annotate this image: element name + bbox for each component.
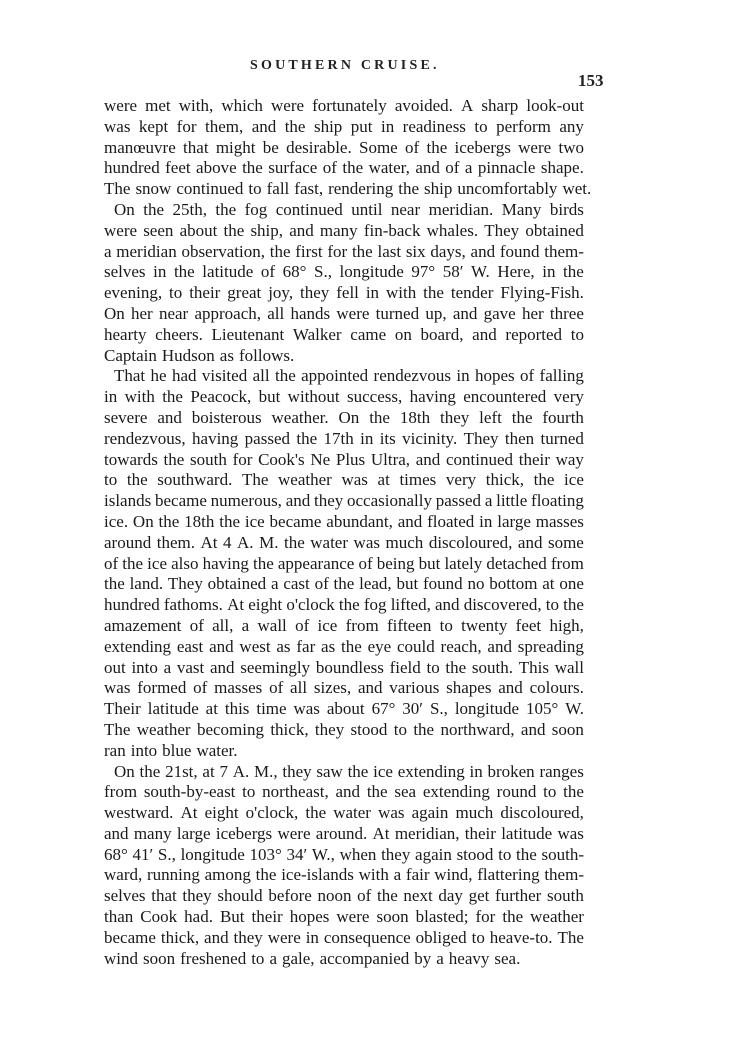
- text-line: westward.Ateighto'clock,thewaterwasagain…: [104, 803, 584, 824]
- text-line: severeandboisterousweather.Onthe18ththey…: [104, 408, 584, 429]
- text-line: inwiththePeacock,butwithoutsuccess,havin…: [104, 387, 584, 408]
- text-line: Theweatherbecomingthick,theystoodtotheno…: [104, 720, 584, 741]
- text-line: outintoavastandseeminglyboundlessfieldto…: [104, 658, 584, 679]
- text-line: tothesouthward.Theweatherwasattimesveryt…: [104, 470, 584, 491]
- text-line: weremetwith,whichwerefortunatelyavoided.…: [104, 96, 584, 117]
- text-line: selvesinthelatitudeof68°S.,longitude97°5…: [104, 262, 584, 283]
- text-line: oftheicealsohavingtheappearanceofbeingbu…: [104, 554, 584, 575]
- text-line: amazementofall,awalloficefromfifteentotw…: [104, 616, 584, 637]
- paragraph: Onthe21st,at7A.M.,theysawtheiceextending…: [104, 762, 584, 970]
- text-line: hundredfathoms.Ateighto'clockthefoglifte…: [104, 595, 584, 616]
- text-line: heartycheers.LieutenantWalkercameonboard…: [104, 325, 584, 346]
- text-line: waskeptforthem,andtheshipputinreadinesst…: [104, 117, 584, 138]
- text-line: rendezvous,havingpassedthe17thinitsvicin…: [104, 429, 584, 450]
- text-line: extendingeastandwestasfarastheeyecouldre…: [104, 637, 584, 658]
- text-line: evening,totheirgreatjoy,theyfellinwithth…: [104, 283, 584, 304]
- text-line: Thathehadvisitedalltheappointedrendezvou…: [104, 366, 584, 387]
- text-line: Theirlatitudeatthistimewasabout67°30′S.,…: [104, 699, 584, 720]
- book-page: SOUTHERN CRUISE. 153 weremetwith,whichwe…: [0, 0, 750, 1050]
- text-line: theland.Theyobtainedacastofthelead,butfo…: [104, 574, 584, 595]
- paragraph: Onthe25th,thefogcontinueduntilnearmeridi…: [104, 200, 584, 366]
- text-line: andmanylargeicebergswerearound.Atmeridia…: [104, 824, 584, 845]
- text-line: selvesthattheyshouldbeforenoonofthenextd…: [104, 886, 584, 907]
- text-line: CaptainHudsonasfollows.: [104, 346, 584, 367]
- page-number: 153: [578, 71, 604, 91]
- text-line: manœuvrethatmightbedesirable.Someoftheic…: [104, 138, 584, 159]
- text-line: 68°41′S.,longitude103°34′W.,whentheyagai…: [104, 845, 584, 866]
- text-line: aroundthem.At4A.M.thewaterwasmuchdiscolo…: [104, 533, 584, 554]
- text-line: windsoonfreshenedtoagale,accompaniedbyah…: [104, 949, 584, 970]
- text-line: ward,runningamongtheice-islandswithafair…: [104, 865, 584, 886]
- text-line: Onthe21st,at7A.M.,theysawtheiceextending…: [104, 762, 584, 783]
- paragraph: weremetwith,whichwerefortunatelyavoided.…: [104, 96, 584, 200]
- text-line: islandsbecamenumerous,andtheyoccasionall…: [104, 491, 584, 512]
- text-line: wereseenabouttheship,andmanyfin-backwhal…: [104, 221, 584, 242]
- text-line: Onhernearapproach,allhandswereturnedup,a…: [104, 304, 584, 325]
- text-line: Thesnowcontinuedtofallfast,renderingthes…: [104, 179, 584, 200]
- text-line: ameridianobservation,thefirstforthelasts…: [104, 242, 584, 263]
- running-title: SOUTHERN CRUISE.: [250, 58, 440, 74]
- text-line: hundredfeetabovethesurfaceofthewater,and…: [104, 158, 584, 179]
- text-line: thanCookhad.Buttheirhopesweresoonblasted…: [104, 907, 584, 928]
- text-line: becamethick,andtheywereinconsequenceobli…: [104, 928, 584, 949]
- body-text: weremetwith,whichwerefortunatelyavoided.…: [104, 96, 584, 969]
- text-line: fromsouth-by-easttonortheast,andtheseaex…: [104, 782, 584, 803]
- text-line: ranintobluewater.: [104, 741, 584, 762]
- text-line: Onthe25th,thefogcontinueduntilnearmeridi…: [104, 200, 584, 221]
- text-line: towardsthesouthforCook'sNePlusUltra,andc…: [104, 450, 584, 471]
- paragraph: Thathehadvisitedalltheappointedrendezvou…: [104, 366, 584, 761]
- text-line: wasformedofmassesofallsizes,andvarioussh…: [104, 678, 584, 699]
- text-line: ice.Onthe18ththeicebecameabundant,andflo…: [104, 512, 584, 533]
